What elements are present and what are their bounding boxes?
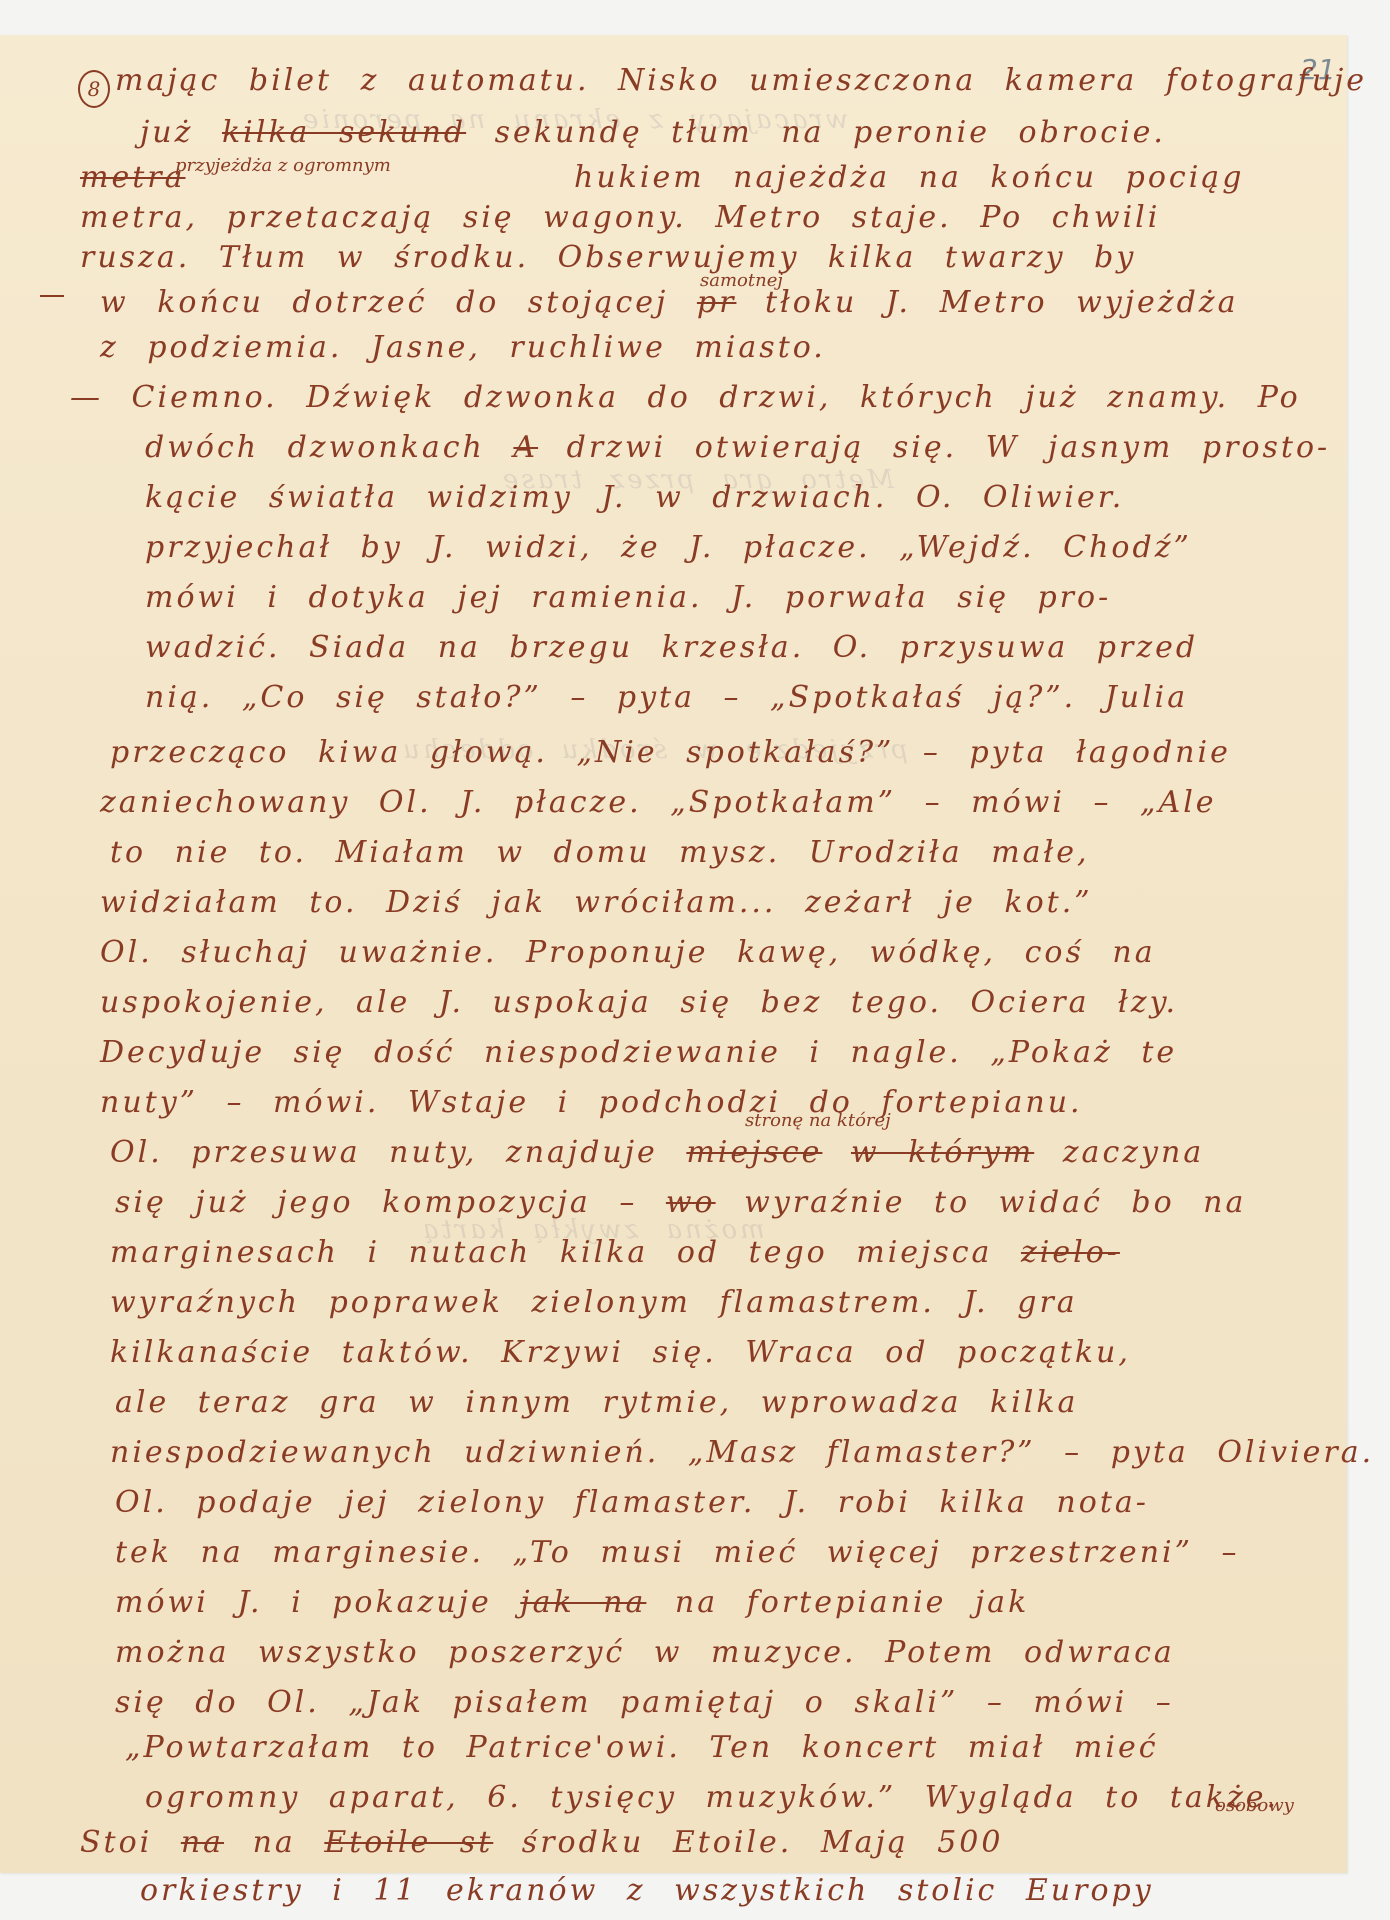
paragraph-dash <box>40 295 64 297</box>
struck-text: na <box>181 1825 224 1860</box>
manuscript-line: przecząco kiwa głową. „Nie spotkałaś?” –… <box>110 735 1231 770</box>
manuscript-line: widziałam to. Dziś jak wróciłam... zeżar… <box>100 885 1093 920</box>
struck-text: Etoile st <box>324 1825 493 1860</box>
manuscript-line: Ol. słuchaj uważnie. Proponuje kawę, wód… <box>100 935 1156 970</box>
manuscript-line: mając bilet z automatu. Nisko umieszczon… <box>115 63 1367 98</box>
manuscript-line: się do Ol. „Jak pisałem pamiętaj o skali… <box>115 1685 1174 1720</box>
manuscript-line: wadzić. Siada na brzegu krzesła. O. przy… <box>145 630 1198 665</box>
manuscript-line: metra hukiem najeżdża na końcu pociąg <box>80 160 1244 195</box>
manuscript-line: nuty” – mówi. Wstaje i podchodzi do fort… <box>100 1085 1083 1120</box>
manuscript-line: dwóch dzwonkach A drzwi otwierają się. W… <box>145 430 1330 465</box>
manuscript-line: Ol. przesuwa nuty, znajduje miejsce w kt… <box>110 1135 1204 1170</box>
struck-text: w którym <box>851 1135 1034 1170</box>
manuscript-line: uspokojenie, ale J. uspokaja się bez teg… <box>100 985 1178 1020</box>
manuscript-line: ogromny aparat, 6. tysięcy muzyków.” Wyg… <box>145 1780 1279 1815</box>
manuscript-line: Stoi na na Etoile st środku Etoile. Mają… <box>80 1825 1003 1860</box>
struck-text: zielo- <box>1021 1235 1120 1270</box>
manuscript-line: Ol. podaje jej zielony flamaster. J. rob… <box>115 1485 1149 1520</box>
struck-text: jak na <box>520 1585 646 1620</box>
struck-text: wo <box>666 1185 716 1220</box>
manuscript-line: przyjechał by J. widzi, że J. płacze. „W… <box>145 530 1192 565</box>
manuscript-line: rusza. Tłum w środku. Obserwujemy kilka … <box>80 240 1136 275</box>
manuscript-line: się już jego kompozycja – wo wyraźnie to… <box>115 1185 1246 1220</box>
manuscript-line: mówi J. i pokazuje jak na na fortepianie… <box>115 1585 1029 1620</box>
manuscript-line: w końcu dotrzeć do stojącej pr tłoku J. … <box>100 285 1238 320</box>
manuscript-line: orkiestry i 11 ekranów z wszystkich stol… <box>140 1873 1154 1908</box>
section-number-circle: 8 <box>78 70 110 108</box>
manuscript-line: można wszystko poszerzyć w muzyce. Potem… <box>115 1635 1175 1670</box>
interlinear-insert: stronę na której <box>745 1110 891 1131</box>
struck-text: metra <box>80 160 185 195</box>
manuscript-line: kilkanaście taktów. Krzywi się. Wraca od… <box>110 1335 1131 1370</box>
struck-text: A <box>513 430 538 465</box>
manuscript-line: nią. „Co się stało?” – pyta – „Spotkałaś… <box>145 680 1188 715</box>
manuscript-line: zaniechowany Ol. J. płacze. „Spotkałam” … <box>100 785 1217 820</box>
manuscript-line: metra, przetaczają się wagony. Metro sta… <box>80 200 1160 235</box>
interlinear-insert: osobowy <box>1215 1795 1294 1816</box>
manuscript-line: „Powtarzałam to Patrice'owi. Ten koncert… <box>125 1730 1159 1765</box>
manuscript-line: wyraźnych poprawek zielonym flamastrem. … <box>110 1285 1078 1320</box>
manuscript-line: marginesach i nutach kilka od tego miejs… <box>110 1235 1120 1270</box>
manuscript-line: Decyduje się dość niespodziewanie i nagl… <box>100 1035 1177 1070</box>
manuscript-line: kącie światła widzimy J. w drzwiach. O. … <box>145 480 1124 515</box>
struck-text: kilka sekund <box>222 115 466 150</box>
manuscript-line: już kilka sekund sekundę tłum na peronie… <box>140 115 1166 150</box>
manuscript-line: z podziemia. Jasne, ruchliwe miasto. <box>100 330 826 365</box>
manuscript-page: 8 21 wracający z ekranu na peronie Metro… <box>0 35 1347 1873</box>
manuscript-line: ale teraz gra w innym rytmie, wprowadza … <box>115 1385 1078 1420</box>
struck-text: miejsce <box>686 1135 822 1170</box>
manuscript-line: mówi i dotyka jej ramienia. J. porwała s… <box>145 580 1111 615</box>
manuscript-line: niespodziewanych udziwnień. „Masz flamas… <box>110 1435 1374 1470</box>
struck-text: pr <box>697 285 737 320</box>
manuscript-line: to nie to. Miałam w domu mysz. Urodziła … <box>110 835 1090 870</box>
manuscript-line: — Ciemno. Dźwięk dzwonka do drzwi, który… <box>70 380 1301 415</box>
manuscript-line: tek na marginesie. „To musi mieć więcej … <box>115 1535 1239 1570</box>
